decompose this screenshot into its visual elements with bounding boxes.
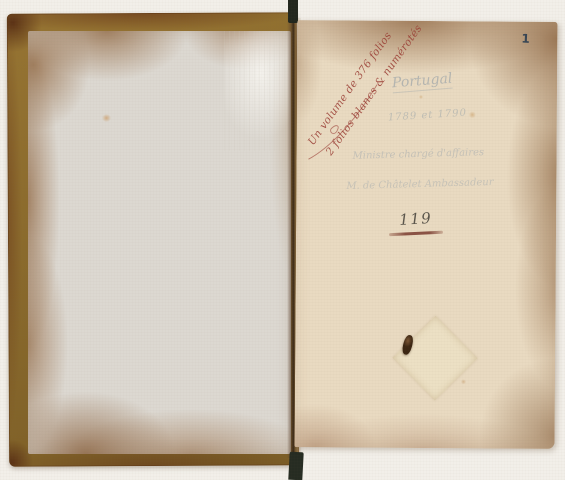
tape-patch xyxy=(393,316,478,401)
pencil-note-2: M. de Châtelet Ambassadeur xyxy=(346,177,493,192)
folio-number: 119 xyxy=(399,209,433,229)
page-number-stamp: 1 xyxy=(521,32,530,46)
folio-underline xyxy=(389,231,443,236)
right-page-title: Un volume de 376 folios 2 folios blancs … xyxy=(295,20,558,449)
scanned-book-photo: Un volume de 376 folios 2 folios blancs … xyxy=(0,0,565,480)
left-page-blank xyxy=(28,31,291,454)
foxing-spot xyxy=(469,111,476,118)
paper-slip xyxy=(224,31,290,151)
spine-tail xyxy=(288,452,303,480)
spine-head xyxy=(288,0,298,23)
pencil-note-1: Ministre chargé d'affaires xyxy=(352,147,484,162)
foxing-spot xyxy=(102,114,111,122)
foxing-spot xyxy=(461,379,466,384)
